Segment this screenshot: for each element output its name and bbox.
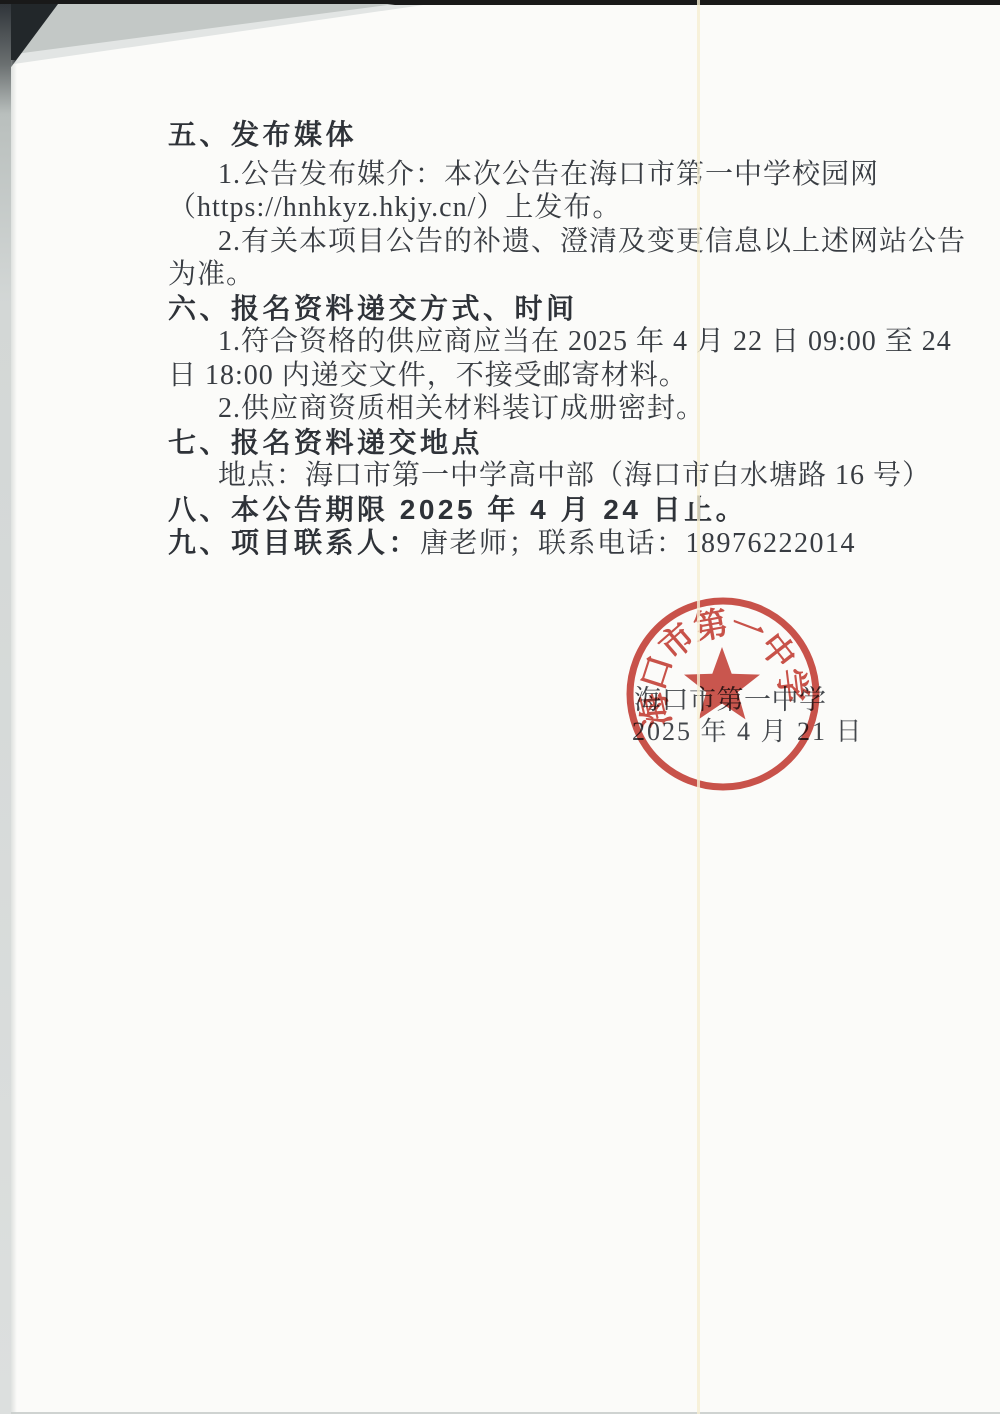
document-body: 五、发布媒体 1.公告发布媒介：本次公告在海口市第一中学校园网 （https:/… bbox=[168, 118, 880, 561]
scan-artifact-left-edge bbox=[0, 4, 11, 1414]
section-5-paragraph-2-cont: 为准。 bbox=[168, 258, 880, 292]
section-5-paragraph-1-url-line: （https://hnhkyz.hkjy.cn/）上发布。 bbox=[168, 191, 880, 225]
scanned-page: { "document": { "lines": [ {"text": "五、发… bbox=[0, 0, 1000, 1414]
section-6-heading: 六、报名资料递交方式、时间 bbox=[168, 292, 880, 326]
seal-star-icon bbox=[684, 647, 760, 719]
section-9-contact-part: 唐老师；联系电话：18976222014 bbox=[420, 528, 856, 559]
section-6-paragraph-1: 1.符合资格的供应商应当在 2025 年 4 月 22 日 09:00 至 24 bbox=[168, 325, 880, 359]
section-7-heading: 七、报名资料递交地点 bbox=[168, 426, 880, 460]
scan-artifact-left-edge-fade bbox=[11, 60, 17, 1414]
section-5-heading: 五、发布媒体 bbox=[168, 118, 880, 152]
section-5-paragraph-1: 1.公告发布媒介：本次公告在海口市第一中学校园网 bbox=[168, 158, 880, 192]
section-9-heading-part: 九、项目联系人： bbox=[168, 527, 420, 558]
section-6-paragraph-1-cont: 日 18:00 内递交文件，不接受邮寄材料。 bbox=[168, 359, 880, 393]
section-8-deadline-line: 八、本公告期限 2025 年 4 月 24 日止。 bbox=[168, 493, 880, 527]
section-5-paragraph-2: 2.有关本项目公告的补遗、澄清及变更信息以上述网站公告 bbox=[168, 225, 880, 259]
official-seal: 海口市第一中学 bbox=[600, 570, 870, 840]
scan-artifact-vertical-crease bbox=[697, 0, 700, 1414]
scan-artifact-gray-wedge bbox=[0, 4, 395, 56]
section-9-contact-line: 九、项目联系人：唐老师；联系电话：18976222014 bbox=[168, 526, 880, 561]
section-6-paragraph-2: 2.供应商资质相关材料装订成册密封。 bbox=[168, 392, 880, 426]
section-7-address-line: 地点：海口市第一中学高中部（海口市白水塘路 16 号） bbox=[168, 459, 880, 493]
